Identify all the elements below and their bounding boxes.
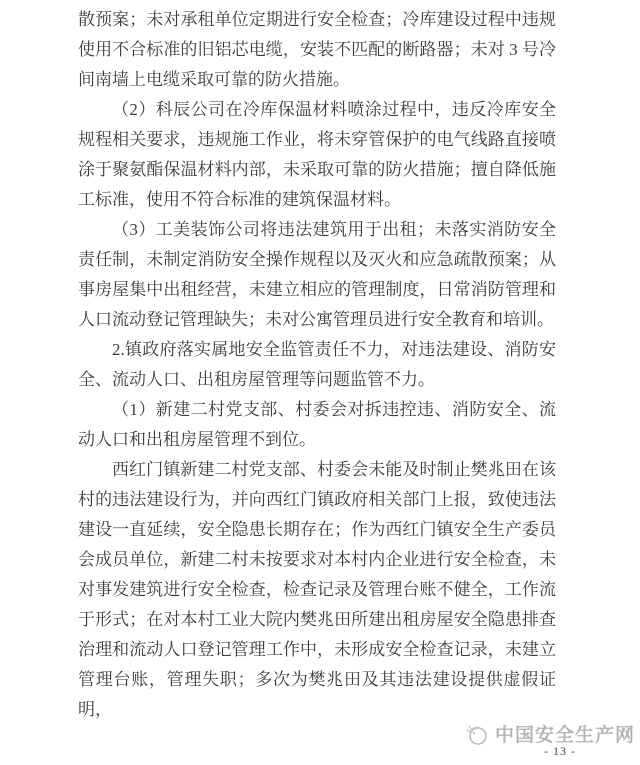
paragraph-detail: 西红门镇新建二村党支部、村委会未能及时制止樊兆田在该村的违法建设行为，并向西红门… bbox=[78, 455, 556, 725]
paragraph-item-2: （2）科辰公司在冷库保温材料喷涂过程中，违反冷库安全规程相关要求，违规施工作业，… bbox=[78, 95, 556, 215]
paragraph-continuation: 散预案；未对承租单位定期进行安全检查；冷库建设过程中违规使用不合标准的旧铝芯电缆… bbox=[78, 5, 556, 95]
site-watermark-text: 中国安全生产网 bbox=[495, 720, 635, 747]
site-watermark: 中国安全生产网 bbox=[464, 720, 635, 747]
document-page: 散预案；未对承租单位定期进行安全检查；冷库建设过程中违规使用不合标准的旧铝芯电缆… bbox=[0, 0, 640, 765]
paragraph-subitem-1: （1）新建二村党支部、村委会对拆违控违、消防安全、流动人口和出租房屋管理不到位。 bbox=[78, 395, 556, 455]
paragraph-item-3: （3）工美装饰公司将违法建筑用于出租；未落实消防安全责任制，未制定消防安全操作规… bbox=[78, 215, 556, 335]
document-body-text: 散预案；未对承租单位定期进行安全检查；冷库建设过程中违规使用不合标准的旧铝芯电缆… bbox=[78, 5, 556, 725]
page-number: - 13 - bbox=[520, 744, 600, 759]
china-safety-net-logo-icon bbox=[464, 721, 490, 747]
paragraph-section-2: 2.镇政府落实属地安全监管责任不力，对违法建设、消防安全、流动人口、出租房屋管理… bbox=[78, 335, 556, 395]
